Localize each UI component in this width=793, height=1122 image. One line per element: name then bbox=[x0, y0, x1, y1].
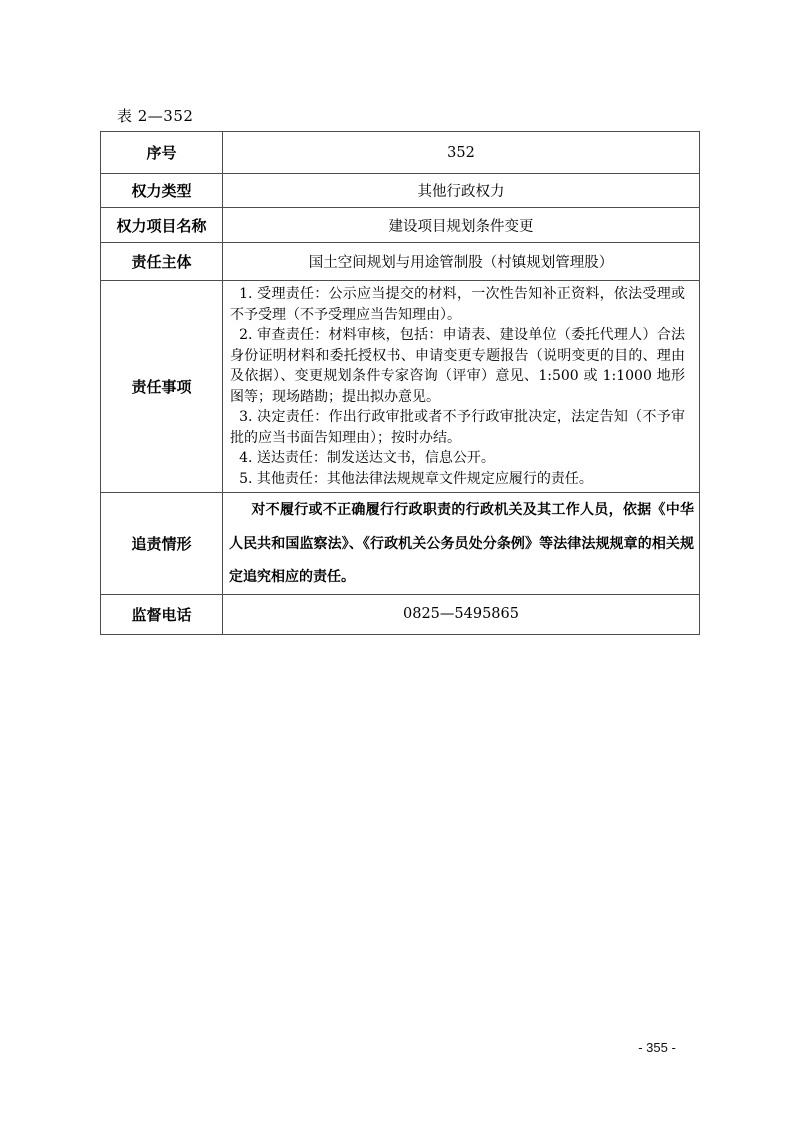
table-row-duty-items: 责任事项 1. 受理责任：公示应当提交的材料，一次性告知补正资料，依法受理或不予… bbox=[101, 281, 700, 493]
table-row-serial: 序号 352 bbox=[101, 132, 700, 174]
duty-item-other: 5. 其他责任：其他法律法规规章文件规定应履行的责任。 bbox=[230, 469, 685, 490]
accountability-cell: 对不履行或不正确履行行政职责的行政机关及其工作人员，依据《中华人民共和国监察法》… bbox=[223, 493, 700, 595]
power-responsibility-table: 序号 352 权力类型 其他行政权力 权力项目名称 建设项目规划条件变更 责任主… bbox=[100, 131, 700, 635]
table-caption: 表 2—352 bbox=[117, 105, 193, 126]
responsible-body-label: 责任主体 bbox=[101, 243, 223, 281]
duty-items-label: 责任事项 bbox=[101, 281, 223, 493]
serial-label: 序号 bbox=[101, 132, 223, 174]
project-name-label: 权力项目名称 bbox=[101, 208, 223, 243]
phone-value: 0825—5495865 bbox=[223, 594, 700, 634]
duty-item-decide: 3. 决定责任：作出行政审批或者不予行政审批决定，法定告知（不予审批的应当书面告… bbox=[230, 407, 685, 448]
project-name-value: 建设项目规划条件变更 bbox=[223, 208, 700, 243]
duty-item-accept: 1. 受理责任：公示应当提交的材料，一次性告知补正资料，依法受理或不予受理（不予… bbox=[230, 284, 685, 325]
table-row-project-name: 权力项目名称 建设项目规划条件变更 bbox=[101, 208, 700, 243]
duty-items-cell: 1. 受理责任：公示应当提交的材料，一次性告知补正资料，依法受理或不予受理（不予… bbox=[223, 281, 700, 493]
duty-item-review: 2. 审查责任：材料审核，包括：申请表、建设单位（委托代理人）合法身份证明材料和… bbox=[230, 325, 685, 407]
phone-label: 监督电话 bbox=[101, 594, 223, 634]
page-number: - 355 - bbox=[557, 1040, 757, 1055]
duty-item-deliver: 4. 送达责任：制发送达文书，信息公开。 bbox=[230, 448, 685, 469]
accountability-label: 追责情形 bbox=[101, 493, 223, 595]
document-page: 表 2—352 序号 352 权力类型 其他行政权力 权力项目名称 建设项目规划… bbox=[0, 0, 793, 1122]
accountability-text: 对不履行或不正确履行行政职责的行政机关及其工作人员，依据《中华人民共和国监察法》… bbox=[229, 493, 694, 594]
power-type-label: 权力类型 bbox=[101, 174, 223, 208]
power-type-value: 其他行政权力 bbox=[223, 174, 700, 208]
responsible-body-value: 国土空间规划与用途管制股（村镇规划管理股） bbox=[223, 243, 700, 281]
table-row-responsible-body: 责任主体 国土空间规划与用途管制股（村镇规划管理股） bbox=[101, 243, 700, 281]
serial-value: 352 bbox=[223, 132, 700, 174]
table-row-power-type: 权力类型 其他行政权力 bbox=[101, 174, 700, 208]
table-row-phone: 监督电话 0825—5495865 bbox=[101, 594, 700, 634]
table-row-accountability: 追责情形 对不履行或不正确履行行政职责的行政机关及其工作人员，依据《中华人民共和… bbox=[101, 493, 700, 595]
